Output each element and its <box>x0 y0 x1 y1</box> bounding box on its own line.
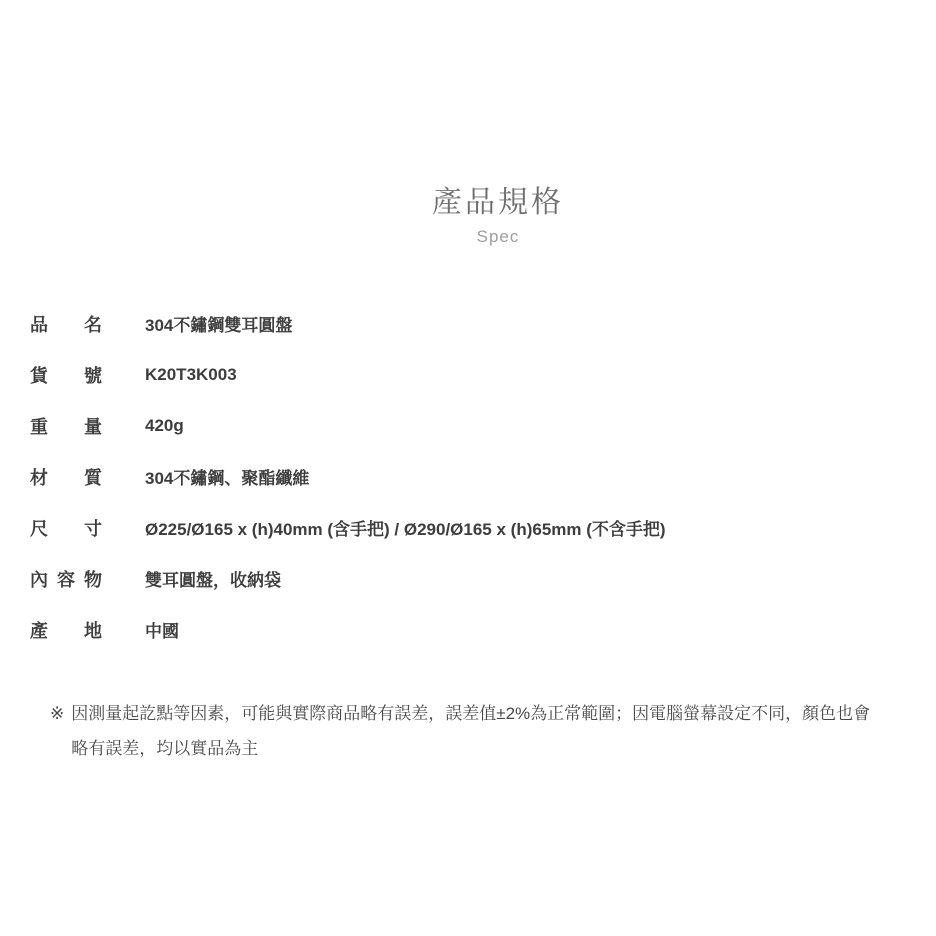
spec-label: 重 量 <box>30 413 102 439</box>
spec-value: 420g <box>145 416 184 436</box>
spec-value: K20T3K003 <box>145 365 237 385</box>
spec-label: 品 名 <box>30 311 102 337</box>
spec-value: 雙耳圓盤，收納袋 <box>145 566 281 591</box>
spec-table: 品 名 304不鏽鋼雙耳圓盤 貨 號 K20T3K003 重 量 420g 材 … <box>30 298 906 655</box>
disclaimer-footnote: ※ 因測量起訖點等因素，可能與實際商品略有誤差，誤差值±2%為正常範圍；因電腦螢… <box>50 696 908 766</box>
spec-row-dimensions: 尺 寸 Ø225/Ø165 x (h)40mm (含手把) / Ø290/Ø16… <box>30 502 906 553</box>
spec-row-origin: 產 地 中國 <box>30 604 906 655</box>
page-subtitle: Spec <box>60 227 936 247</box>
spec-value: 304不鏽鋼、聚酯纖維 <box>145 464 309 489</box>
spec-label: 尺 寸 <box>30 515 102 541</box>
spec-value: 中國 <box>145 617 179 642</box>
product-spec-page: 產品規格 Spec 品 名 304不鏽鋼雙耳圓盤 貨 號 K20T3K003 重… <box>0 0 936 936</box>
spec-row-product-name: 品 名 304不鏽鋼雙耳圓盤 <box>30 298 906 349</box>
footnote-marker: ※ <box>50 696 64 766</box>
spec-label: 內容物 <box>30 566 102 592</box>
spec-value: 304不鏽鋼雙耳圓盤 <box>145 311 292 336</box>
spec-row-weight: 重 量 420g <box>30 400 906 451</box>
footnote-line-2: 略有誤差，均以實品為主 <box>71 731 908 766</box>
spec-header: 產品規格 Spec <box>60 186 936 247</box>
spec-row-material: 材 質 304不鏽鋼、聚酯纖維 <box>30 451 906 502</box>
spec-label: 產 地 <box>30 617 102 643</box>
spec-label: 貨 號 <box>30 362 102 388</box>
footnote-line-1: 因測量起訖點等因素，可能與實際商品略有誤差，誤差值±2%為正常範圍；因電腦螢幕設… <box>71 696 908 731</box>
spec-label: 材 質 <box>30 464 102 490</box>
footnote-text: 因測量起訖點等因素，可能與實際商品略有誤差，誤差值±2%為正常範圍；因電腦螢幕設… <box>71 696 908 766</box>
spec-row-contents: 內容物 雙耳圓盤，收納袋 <box>30 553 906 604</box>
page-title: 產品規格 <box>60 186 936 220</box>
spec-value: Ø225/Ø165 x (h)40mm (含手把) / Ø290/Ø165 x … <box>145 515 666 540</box>
spec-row-item-number: 貨 號 K20T3K003 <box>30 349 906 400</box>
